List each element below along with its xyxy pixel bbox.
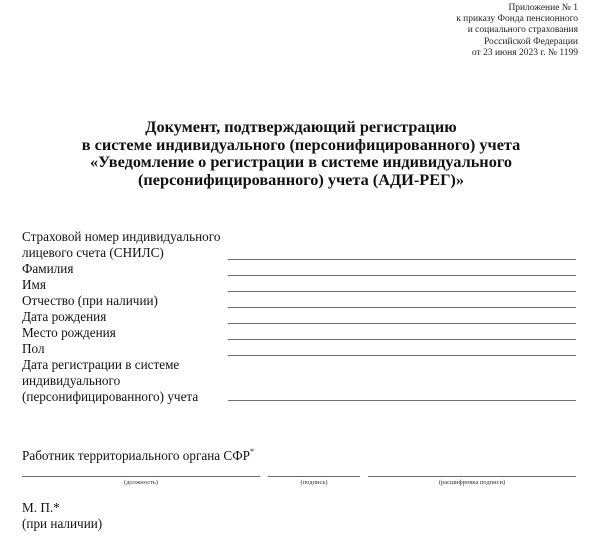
decryption-line[interactable] <box>368 476 576 477</box>
field-input-snils[interactable] <box>228 259 576 260</box>
field-label-sex: Пол <box>22 341 45 357</box>
field-label-patronymic: Отчество (при наличии) <box>22 293 158 309</box>
field-label-line: лицевого счета (СНИЛС) <box>22 245 220 261</box>
field-label-registration-date: Дата регистрации в системе индивидуально… <box>22 357 198 405</box>
field-label-snils: Страховой номер индивидуального лицевого… <box>22 229 220 261</box>
field-label-line: Страховой номер индивидуального <box>22 229 220 245</box>
signature-line[interactable] <box>268 476 360 477</box>
appendix-line: и социального страхования <box>456 25 578 36</box>
field-input-surname[interactable] <box>228 275 576 276</box>
stamp-placeholder: М. П.* (при наличии) <box>22 500 102 532</box>
field-label-line: индивидуального <box>22 373 198 389</box>
worker-label: Работник территориального органа СФР* <box>22 447 254 464</box>
signature-caption: (подпись) <box>268 479 360 486</box>
field-input-sex[interactable] <box>228 355 576 356</box>
title-line: Документ, подтверждающий регистрацию <box>0 118 602 136</box>
field-input-birth-place[interactable] <box>228 339 576 340</box>
title-line: (персонифицированного) учета (АДИ-РЕГ)» <box>0 171 602 189</box>
appendix-line: Приложение № 1 <box>456 3 578 14</box>
title-line: в системе индивидуального (персонифициро… <box>0 136 602 154</box>
field-label-birth-place: Место рождения <box>22 325 116 341</box>
position-line[interactable] <box>22 476 260 477</box>
stamp-note: (при наличии) <box>22 516 102 532</box>
title-line: «Уведомление о регистрации в системе инд… <box>0 153 602 171</box>
stamp-label: М. П.* <box>22 500 102 516</box>
footnote-mark: * <box>250 447 254 456</box>
document-title: Документ, подтверждающий регистрацию в с… <box>0 118 602 188</box>
field-label-line: Дата регистрации в системе <box>22 357 198 373</box>
field-label-line: (персонифицированного) учета <box>22 389 198 405</box>
appendix-line: к приказу Фонда пенсионного <box>456 14 578 25</box>
field-label-birth-date: Дата рождения <box>22 309 106 325</box>
position-caption: (должность) <box>22 479 260 486</box>
field-input-birth-date[interactable] <box>228 323 576 324</box>
appendix-header: Приложение № 1 к приказу Фонда пенсионно… <box>456 3 578 59</box>
field-input-patronymic[interactable] <box>228 307 576 308</box>
field-input-registration-date[interactable] <box>228 400 576 401</box>
decryption-caption: (расшифровка подписи) <box>368 479 576 486</box>
field-input-name[interactable] <box>228 291 576 292</box>
worker-label-text: Работник территориального органа СФР <box>22 448 250 463</box>
field-label-name: Имя <box>22 277 46 293</box>
field-label-surname: Фамилия <box>22 261 73 277</box>
appendix-line: Российской Федерации <box>456 37 578 48</box>
appendix-line: от 23 июня 2023 г. № 1199 <box>456 48 578 59</box>
